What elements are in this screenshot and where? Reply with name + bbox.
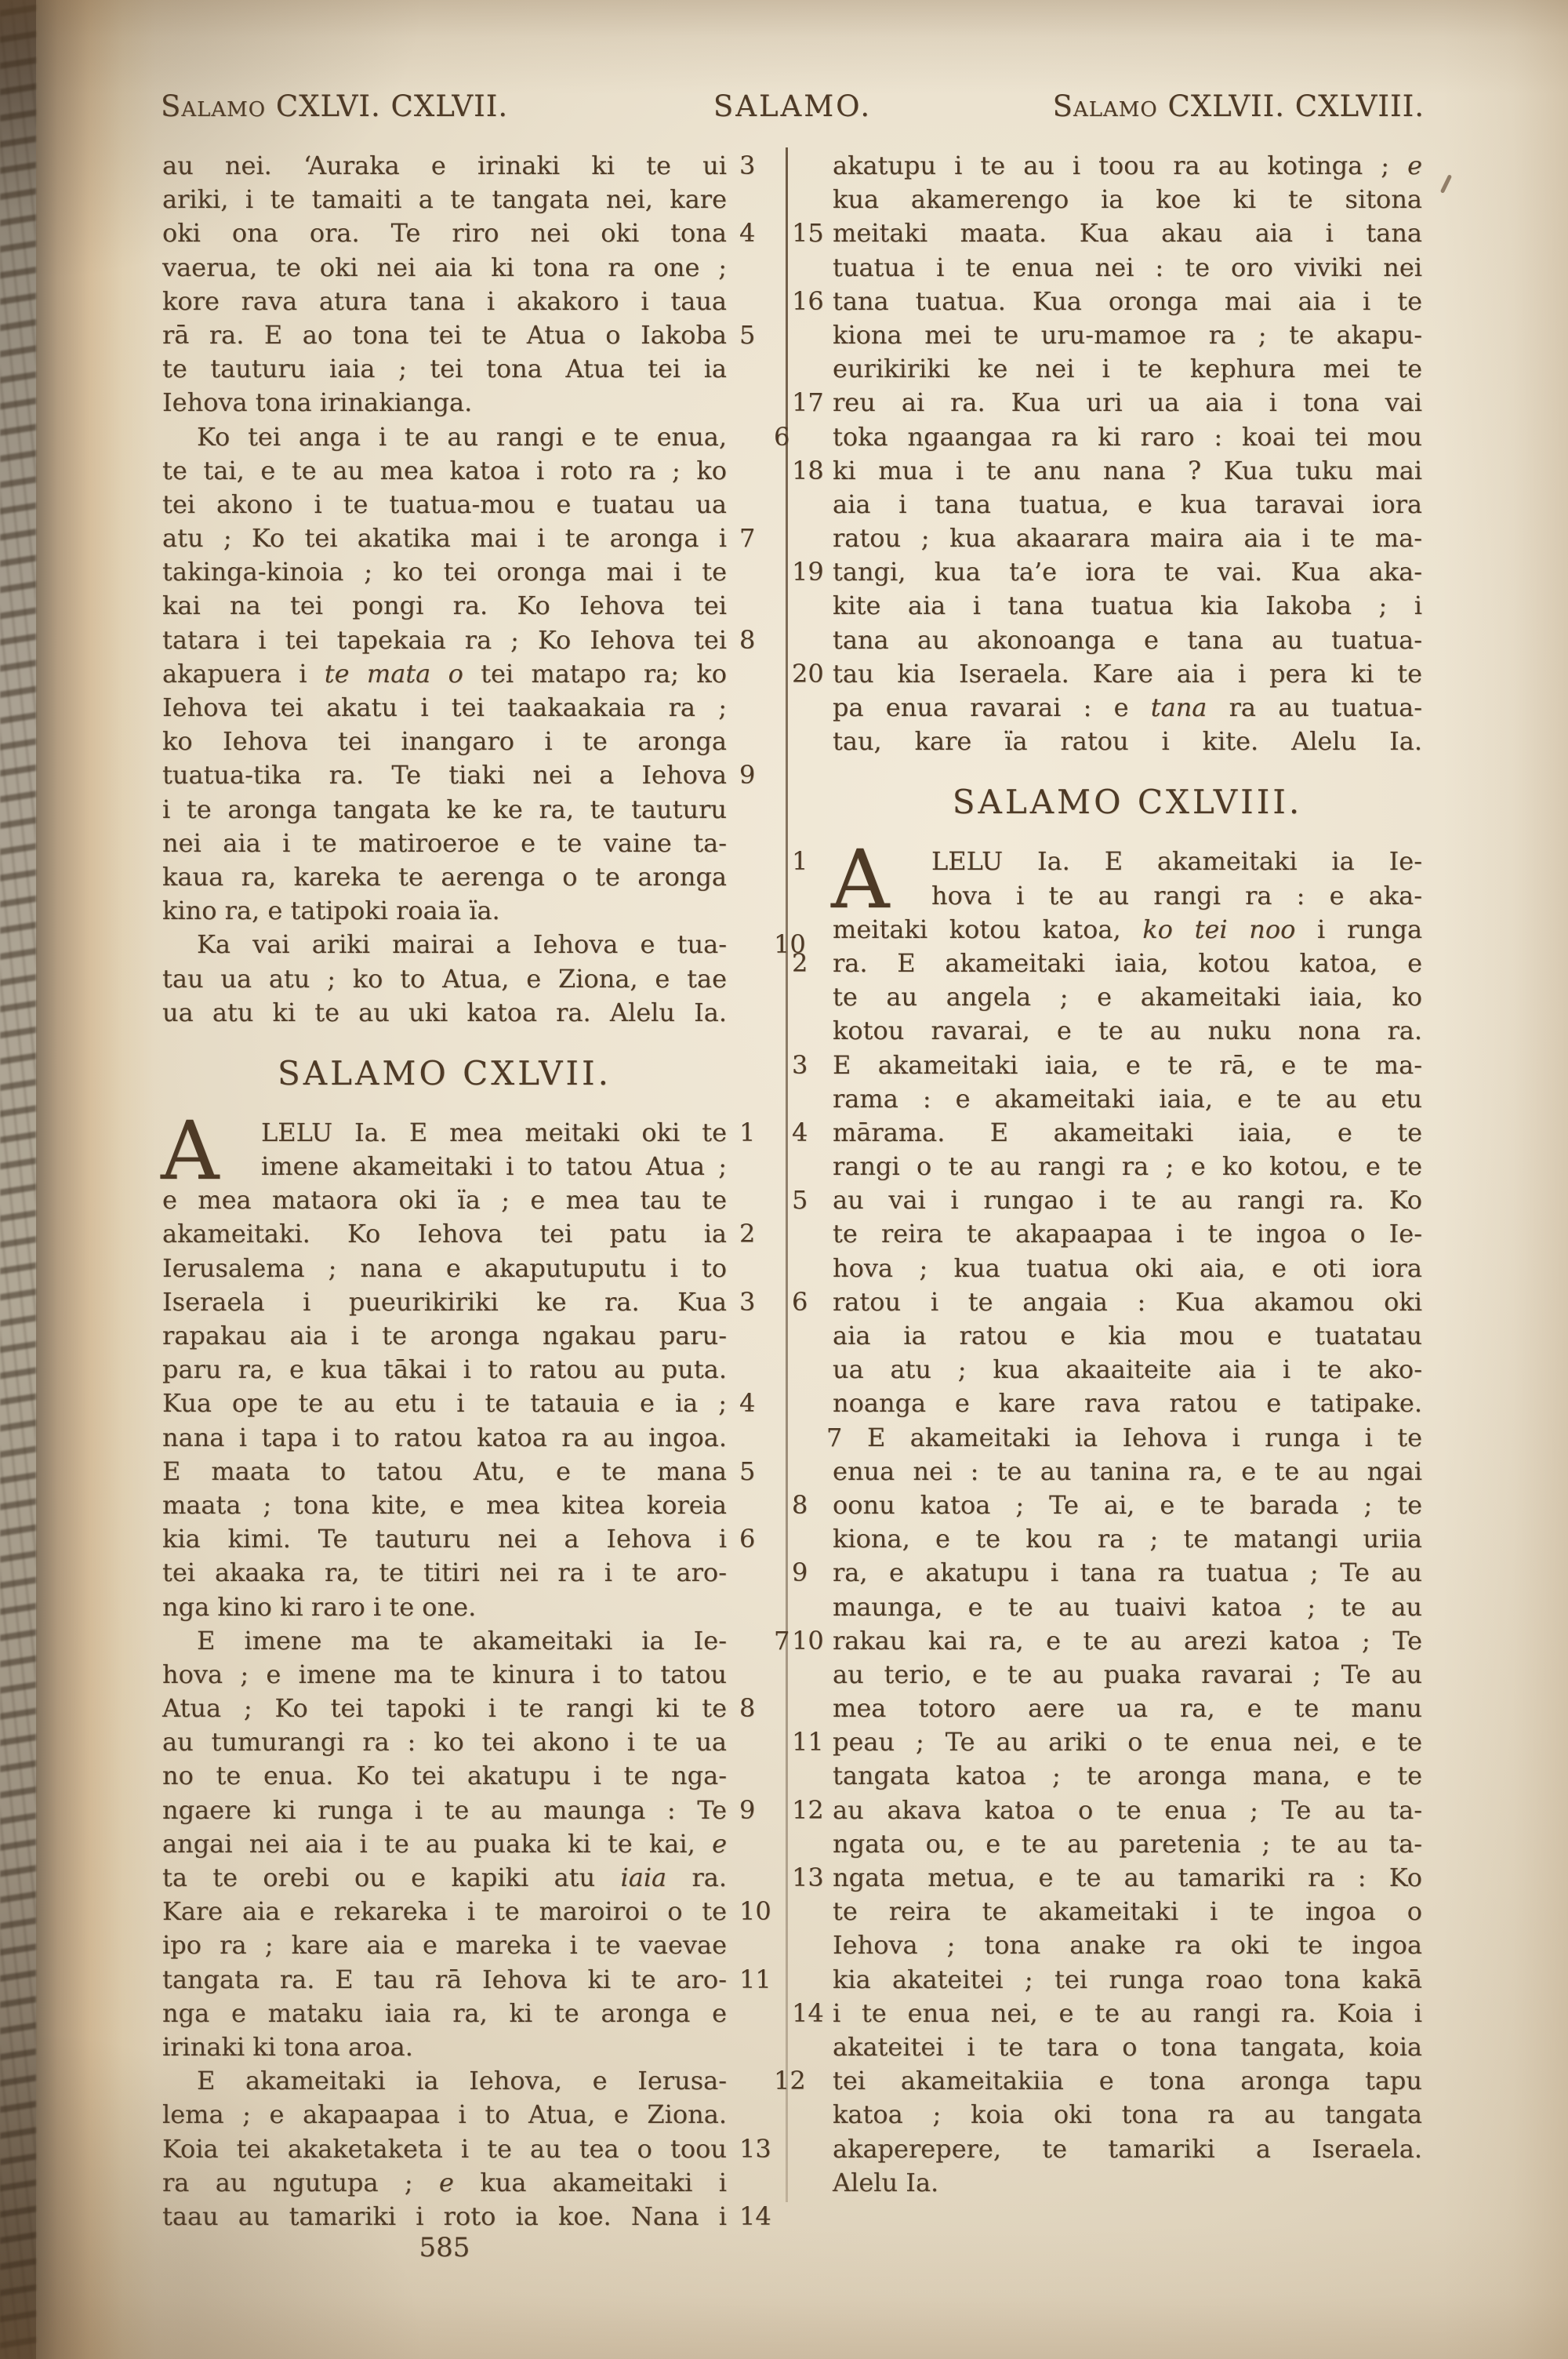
text-line: paru ra, e kua tākai i to ratou au puta. (162, 1353, 727, 1387)
text-line: Ierusalema ; nana e akaputuputu i to (162, 1252, 727, 1285)
verse-number: 7 (792, 1421, 826, 1455)
verse-number: 17 (792, 386, 826, 420)
text-line: te tai, e te au mea katoa i roto ra ; ko (162, 454, 727, 488)
verse-number: 7 (739, 522, 772, 555)
text-line: kai na tei pongi ra. Ko Iehova tei (162, 589, 727, 623)
text-line: te au angela ; e akameitaki iaia, ko (833, 980, 1422, 1014)
verse-number: 15 (792, 216, 826, 250)
text-line: 4oki ona ora. Te riro nei oki tona (162, 216, 727, 250)
text-line: 17reu ai ra. Kua uri ua aia i tona vai (833, 386, 1422, 420)
text-line: rangi o te au rangi ra ; e ko kotou, e t… (833, 1150, 1422, 1183)
verse-number: 8 (739, 623, 772, 657)
verse-number: 2 (792, 947, 826, 980)
text-line: toka ngaangaa ra ki raro : koai tei mou (833, 420, 1422, 454)
text-line: 15meitaki maata. Kua akau aia i tana (833, 216, 1422, 250)
verse-number: 4 (739, 1387, 772, 1420)
text-line: kino ra, e tatipoki roaia ïa. (162, 894, 727, 928)
text-line: akatupu i te au i toou ra au kotinga ; e (833, 149, 1422, 183)
text-line: nana i tapa i to ratou katoa ra au ingoa… (162, 1421, 727, 1455)
text-line: au tumurangi ra : ko tei akono i te ua (162, 1725, 727, 1759)
text-line: 4Kua ope te au etu i te tatauia e ia ; (162, 1387, 727, 1420)
verse-number: 4 (739, 216, 772, 250)
verse-number: 6 (792, 1285, 826, 1319)
text-line: 4mārama. E akameitaki iaia, e te (833, 1116, 1422, 1150)
text-line: nga e mataku iaia ra, ki te aronga e (162, 1997, 727, 2030)
text-line: kaua ra, kareka te aerenga o te aronga (162, 860, 727, 894)
running-header-center: SALAMO. (582, 89, 1003, 123)
psalm-heading: SALAMO CXLVIII. (833, 758, 1422, 845)
verse-number: 10 (792, 1624, 826, 1658)
text-line: kua akamerengo ia koe ki te sitona (833, 183, 1422, 216)
text-line: 20tau kia Iseraela. Kare aia i pera ki t… (833, 657, 1422, 691)
text-line: 1ALELU Ia. E akameitaki ia Ie- (833, 845, 1422, 878)
text-line: 5au vai i rungao i te au rangi ra. Ko (833, 1183, 1422, 1217)
verse-number: 16 (792, 285, 826, 318)
text-line: 5E maata to tatou Atu, e te mana (162, 1455, 727, 1488)
verse-number: 9 (739, 1794, 772, 1827)
verse-number: 13 (792, 1861, 826, 1895)
text-line: 7E imene ma te akameitaki ia Ie- (162, 1624, 727, 1658)
text-line: kore rava atura tana i akakoro i taua (162, 285, 727, 318)
text-line: 9tuatua-tika ra. Te tiaki nei a Iehova (162, 758, 727, 792)
text-line: 8Atua ; Ko tei tapoki i te rangi ki te (162, 1692, 727, 1725)
facing-page-text-blur (0, 0, 36, 2359)
text-line: ratou ; kua akaarara maira aia i te ma- (833, 522, 1422, 555)
verse-number: 13 (739, 2132, 772, 2166)
verse-number: 1 (792, 845, 826, 878)
text-line: akaperepere, te tamariki a Iseraela. (833, 2132, 1422, 2166)
text-line: Alelu Ia. (833, 2166, 1422, 2200)
text-line: te tauturu iaia ; tei tona Atua tei ia (162, 352, 727, 386)
text-line: ngata ou, e te au paretenia ; te au ta- (833, 1827, 1422, 1861)
text-line: meitaki kotou katoa, ko tei noo i runga (833, 913, 1422, 947)
verse-number: 1 (739, 1116, 772, 1150)
text-line: 11tangata ra. E tau rā Iehova ki te aro- (162, 1963, 727, 1997)
verse-number: 18 (792, 454, 826, 488)
text-line: 7E akameitaki ia Iehova i runga i te (833, 1421, 1422, 1455)
text-line: nga kino ki raro i te one. (162, 1590, 727, 1624)
verse-number: 2 (739, 1217, 772, 1251)
text-line: tei akaaka ra, te titiri nei ra i te aro… (162, 1556, 727, 1590)
text-line: nei aia i te matiroeroe e te vaine ta- (162, 827, 727, 860)
text-line: tuatua i te enua nei : te oro viviki nei (833, 251, 1422, 285)
book-page-photo: Salamo CXLVI. CXLVII. SALAMO. Salamo CXL… (0, 0, 1568, 2359)
verse-number: 8 (792, 1488, 826, 1522)
text-line: 11peau ; Te au ariki o te enua nei, e te (833, 1725, 1422, 1759)
text-line: 12E akameitaki ia Iehova, e Ierusa- (162, 2064, 727, 2098)
verse-number: 5 (739, 1455, 772, 1488)
text-line: kia akateitei ; tei runga roao tona kakā (833, 1963, 1422, 1997)
verse-number: 11 (739, 1963, 772, 1997)
verse-number: 5 (739, 318, 772, 352)
text-line: 8oonu katoa ; Te ai, e te barada ; te (833, 1488, 1422, 1522)
verse-number: 3 (792, 1049, 826, 1082)
text-line: 6kia kimi. Te tauturu nei a Iehova i (162, 1522, 727, 1556)
verse-number: 8 (739, 1692, 772, 1725)
text-line: 3E akameitaki iaia, e te rā, e te ma- (833, 1049, 1422, 1082)
text-line: Iehova tei akatu i tei taakaakaia ra ; (162, 691, 727, 725)
verse-number: 12 (739, 2064, 772, 2098)
text-line: maata ; tona kite, e mea kitea koreia (162, 1488, 727, 1522)
text-line: noanga e kare rava ratou e tatipake. (833, 1387, 1422, 1420)
verse-number: 3 (739, 149, 772, 183)
text-line: kite aia i tana tuatua kia Iakoba ; i (833, 589, 1422, 623)
text-line: tei akono i te tuatua-mou e tuatau ua (162, 488, 727, 522)
text-line: rama : e akameitaki iaia, e te au etu (833, 1082, 1422, 1116)
verse-number: 11 (792, 1725, 826, 1759)
verse-number: 7 (739, 1624, 772, 1658)
verse-number: 4 (792, 1116, 826, 1150)
text-line: ua atu ; kua akaaiteite aia i te ako- (833, 1353, 1422, 1387)
text-line: lema ; e akapaapaa i to Atua, e Ziona. (162, 2098, 727, 2132)
text-line: mea totoro aere ua ra, e te manu (833, 1692, 1422, 1725)
text-line: 18ki mua i te anu nana ? Kua tuku mai (833, 454, 1422, 488)
text-line: pa enua ravarai : e tana ra au tuatua- (833, 691, 1422, 725)
text-line: ra au ngutupa ; e kua akameitaki i (162, 2166, 727, 2200)
verse-number: 9 (739, 758, 772, 792)
text-line: 13Koia tei akaketaketa i te au tea o too… (162, 2132, 727, 2166)
text-line: eurikiriki ke nei i te kephura mei te (833, 352, 1422, 386)
text-line: 19tangi, kua ta’e iora te vai. Kua aka- (833, 555, 1422, 589)
text-line: 10Ka vai ariki mairai a Iehova e tua- (162, 928, 727, 961)
running-header-left: Salamo CXLVI. CXLVII. (161, 89, 582, 123)
text-line: au terio, e te au puaka ravarai ; Te au (833, 1658, 1422, 1692)
text-line: 3Iseraela i pueurikiriki ke ra. Kua (162, 1285, 727, 1319)
verse-number: 12 (792, 1794, 826, 1827)
verse-number: 5 (792, 1183, 826, 1217)
text-line: 3au nei. ʻAuraka e irinaki ki te ui (162, 149, 727, 183)
text-line: aia ia ratou e kia mou e tuatatau (833, 1319, 1422, 1353)
text-line: maunga, e te au tuaivi katoa ; te au (833, 1590, 1422, 1624)
text-line: ta te orebi ou e kapiki atu iaia ra. (162, 1861, 727, 1895)
verse-number: 10 (739, 1895, 772, 1928)
text-line: 13ngata metua, e te au tamariki ra : Ko (833, 1861, 1422, 1895)
psalm-heading: SALAMO CXLVII. (162, 1030, 727, 1116)
text-line: Iehova ; tona anake ra oki te ingoa (833, 1928, 1422, 1962)
text-line: i te aronga tangata ke ke ra, te tauturu (162, 793, 727, 827)
text-line: tana au akonoanga e tana au tuatua- (833, 623, 1422, 657)
text-line: 12au akava katoa o te enua ; Te au ta- (833, 1794, 1422, 1827)
left-text-column: 3au nei. ʻAuraka e irinaki ki te uiariki… (162, 149, 727, 2234)
text-line: ariki, i te tamaiti a te tangata nei, ka… (162, 183, 727, 216)
text-line: 2ra. E akameitaki iaia, kotou katoa, e (833, 947, 1422, 980)
text-line: angai nei aia i te au puaka ki te kai, e (162, 1827, 727, 1861)
text-line: 10rakau kai ra, e te au arezi katoa ; Te (833, 1624, 1422, 1658)
verse-number: 14 (739, 2200, 772, 2234)
text-line: aia i tana tuatua, e kua taravai iora (833, 488, 1422, 522)
text-line: takinga-kinoia ; ko tei oronga mai i te (162, 555, 727, 589)
text-line: kotou ravarai, e te au nuku nona ra. (833, 1014, 1422, 1048)
text-line: te reira te akameitaki i te ingoa o (833, 1895, 1422, 1928)
verse-number: 19 (792, 555, 826, 589)
text-line: tei akameitakiia e tona aronga tapu (833, 2064, 1422, 2098)
text-line: 14i te enua nei, e te au rangi ra. Koia … (833, 1997, 1422, 2030)
verse-number: 3 (739, 1285, 772, 1319)
text-line: 10Kare aia e rekareka i te maroiroi o te (162, 1895, 727, 1928)
text-line: tau ua atu ; ko to Atua, e Ziona, e tae (162, 962, 727, 996)
text-line: 2akameitaki. Ko Iehova tei patu ia (162, 1217, 727, 1251)
text-line: no te enua. Ko tei akatupu i te nga- (162, 1759, 727, 1793)
text-line: hova ; kua tuatua oki aia, e oti iora (833, 1252, 1422, 1285)
text-line: ipo ra ; kare aia e mareka i te vaevae (162, 1928, 727, 1962)
text-line: kiona mei te uru-mamoe ra ; te akapu- (833, 318, 1422, 352)
text-line: te reira te akapaapaa i te ingoa o Ie- (833, 1217, 1422, 1251)
text-line: hova i te au rangi ra : e aka- (833, 879, 1422, 913)
text-line: irinaki ki tona aroa. (162, 2030, 727, 2064)
text-line: ko Iehova tei inangaro i te aronga (162, 725, 727, 758)
text-line: Iehova tona irinakianga. (162, 386, 727, 420)
text-line: 9ngaere ki runga i te au maunga : Te (162, 1794, 727, 1827)
verse-number: 10 (739, 928, 772, 961)
text-line: imene akameitaki i to tatou Atua ; (162, 1150, 727, 1183)
text-line: 14taau au tamariki i roto ia koe. Nana i (162, 2200, 727, 2234)
text-line: 8tatara i tei tapekaia ra ; Ko Iehova te… (162, 623, 727, 657)
text-line: tangata katoa ; te aronga mana, e te (833, 1759, 1422, 1793)
verse-number: 9 (792, 1556, 826, 1590)
running-header: Salamo CXLVI. CXLVII. SALAMO. Salamo CXL… (161, 89, 1425, 123)
text-line: 9ra, e akatupu i tana ra tuatua ; Te au (833, 1556, 1422, 1590)
verse-number: 20 (792, 657, 826, 691)
text-line: vaerua, te oki nei aia ki tona ra one ; (162, 251, 727, 285)
text-line: 16tana tuatua. Kua oronga mai aia i te (833, 285, 1422, 318)
text-line: 7atu ; Ko tei akatika mai i te aronga i (162, 522, 727, 555)
text-line: 5rā ra. E ao tona tei te Atua o Iakoba (162, 318, 727, 352)
verse-number: 6 (739, 420, 772, 454)
text-line: akateitei i te tara o tona tangata, koia (833, 2030, 1422, 2064)
text-line: tau, kare ïa ratou i kite. Alelu Ia. (833, 725, 1422, 758)
running-header-right: Salamo CXLVII. CXLVIII. (1004, 89, 1425, 123)
text-line: 1ALELU Ia. E mea meitaki oki te (162, 1116, 727, 1150)
text-line: enua nei : te au tanina ra, e te au ngai (833, 1455, 1422, 1488)
text-line: katoa ; koia oki tona ra au tangata (833, 2098, 1422, 2132)
page-number: 585 (162, 2232, 727, 2263)
text-line: rapakau aia i te aronga ngakau paru- (162, 1319, 727, 1353)
text-line: kiona, e te kou ra ; te matangi uriia (833, 1522, 1422, 1556)
text-line: 6ratou i te angaia : Kua akamou oki (833, 1285, 1422, 1319)
verse-number: 14 (792, 1997, 826, 2030)
text-line: hova ; e imene ma te kinura i to tatou (162, 1658, 727, 1692)
column-divider-rule (786, 147, 788, 2202)
verse-number: 6 (739, 1522, 772, 1556)
text-line: 6Ko tei anga i te au rangi e te enua, (162, 420, 727, 454)
text-line: akapuera i te mata o tei matapo ra; ko (162, 657, 727, 691)
right-text-column: akatupu i te au i toou ra au kotinga ; e… (833, 149, 1422, 2200)
text-line: e mea mataora oki ïa ; e mea tau te (162, 1183, 727, 1217)
text-line: ua atu ki te au uki katoa ra. Alelu Ia. (162, 996, 727, 1030)
